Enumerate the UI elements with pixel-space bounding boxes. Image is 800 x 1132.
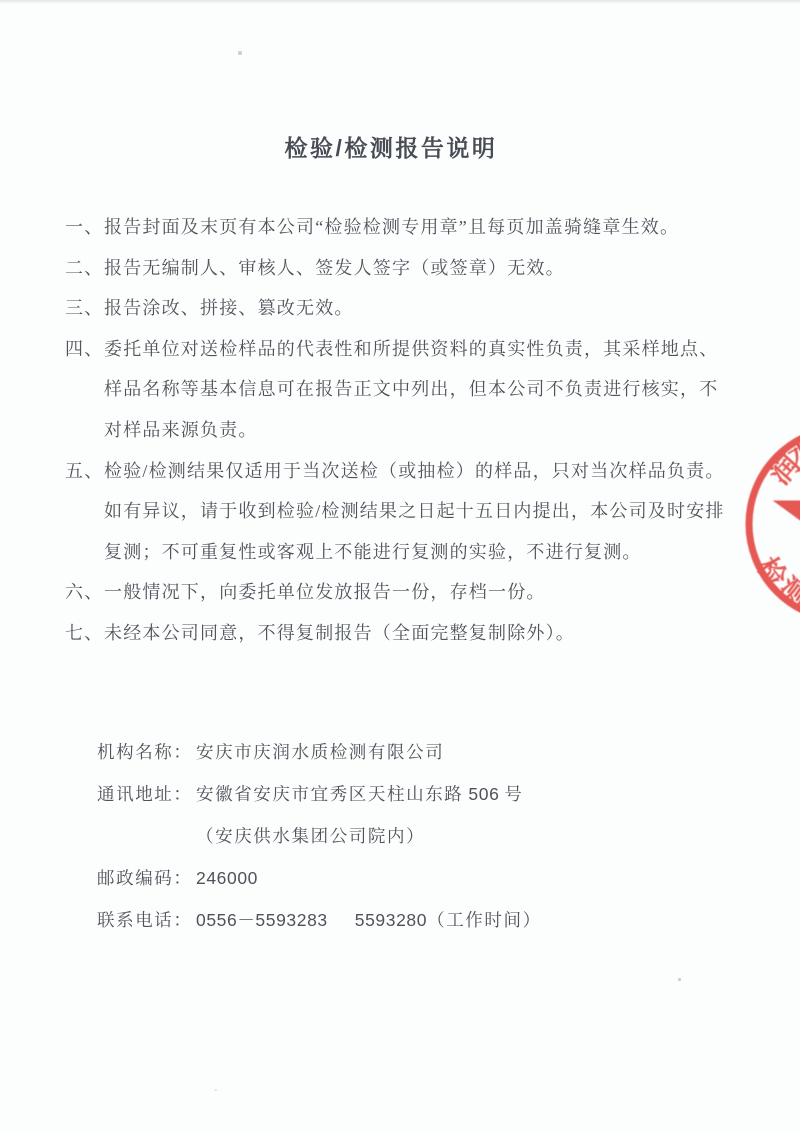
note-text: 报告封面及末页有本公司“检验检测专用章”且每页加盖骑缝章生效。 — [104, 217, 679, 237]
contact-block: 机构名称：安庆市庆润水质检测有限公司 通讯地址：安徽省安庆市宜秀区天柱山东路50… — [97, 731, 717, 941]
note-text: 样品名称等基本信息可在报告正文中列出，但本公司不负责进行核实，不 — [104, 379, 718, 399]
note-item-4-cont: 样品名称等基本信息可在报告正文中列出，但本公司不负责进行核实，不 — [65, 369, 765, 410]
scanned-document-page: 检验/检测报告说明 一、报告封面及末页有本公司“检验检测专用章”且每页加盖骑缝章… — [0, 0, 800, 1132]
note-item-7: 七、未经本公司同意，不得复制报告（全面完整复制除外）。 — [65, 613, 765, 654]
address-suffix: 号 — [504, 784, 523, 804]
note-text: 如有异议，请于收到检验/检测结果之日起十五日内提出，本公司及时安排 — [104, 501, 725, 521]
note-item-3: 三、报告涂改、拼接、篡改无效。 — [65, 288, 765, 329]
note-item-2: 二、报告无编制人、审核人、签发人签字（或签章）无效。 — [65, 248, 765, 289]
notes-list: 一、报告封面及末页有本公司“检验检测专用章”且每页加盖骑缝章生效。 二、报告无编… — [65, 207, 765, 654]
note-number: 七、 — [65, 613, 104, 654]
note-item-1: 一、报告封面及末页有本公司“检验检测专用章”且每页加盖骑缝章生效。 — [65, 207, 765, 248]
note-text: 报告涂改、拼接、篡改无效。 — [104, 298, 354, 318]
company-seal-stamp: 润 水 检 测 — [735, 414, 800, 634]
phone-number-1: 0556－5593283 — [196, 910, 328, 930]
note-item-6: 六、一般情况下，向委托单位发放报告一份，存档一份。 — [65, 572, 765, 613]
scan-speck — [678, 978, 681, 981]
note-item-5-cont: 复测；不可重复性或客观上不能进行复测的实验，不进行复测。 — [65, 532, 765, 573]
note-text: 未经本公司同意，不得复制报告（全面完整复制除外）。 — [104, 623, 575, 643]
note-item-4-cont: 对样品来源负责。 — [65, 410, 765, 451]
note-item-5-cont: 如有异议，请于收到检验/检测结果之日起十五日内提出，本公司及时安排 — [65, 491, 765, 532]
note-text: 检验/检测结果仅适用于当次送检（或抽检）的样品，只对当次样品负责。 — [104, 461, 725, 481]
zip-label: 邮政编码： — [97, 857, 196, 899]
address-value: 安徽省安庆市宜秀区天柱山东路 — [196, 784, 463, 804]
org-name-row: 机构名称：安庆市庆润水质检测有限公司 — [97, 731, 717, 773]
scan-edge-shadow — [0, 0, 800, 4]
note-number: 一、 — [65, 207, 104, 248]
phone-label: 联系电话： — [97, 899, 196, 941]
zip-row: 邮政编码：246000 — [97, 857, 717, 899]
address-number: 506 — [468, 784, 499, 804]
note-text: 委托单位对送检样品的代表性和所提供资料的真实性负责，其采样地点、 — [104, 339, 718, 359]
note-text: 复测；不可重复性或客观上不能进行复测的实验，不进行复测。 — [104, 542, 642, 562]
org-name-label: 机构名称： — [97, 731, 196, 773]
page-title: 检验/检测报告说明 — [0, 132, 782, 164]
note-number: 二、 — [65, 248, 104, 289]
note-number: 四、 — [65, 329, 104, 370]
address-row: 通讯地址：安徽省安庆市宜秀区天柱山东路506号 — [97, 773, 717, 815]
note-number: 六、 — [65, 572, 104, 613]
scan-speck — [238, 51, 242, 55]
note-text: 报告无编制人、审核人、签发人签字（或签章）无效。 — [104, 258, 565, 278]
zip-value: 246000 — [196, 868, 258, 888]
address-row-2: （安庆供水集团公司院内） — [97, 815, 717, 857]
note-item-4: 四、委托单位对送检样品的代表性和所提供资料的真实性负责，其采样地点、 — [65, 329, 765, 370]
scan-speck — [214, 1089, 217, 1091]
note-number: 三、 — [65, 288, 104, 329]
address-value-line2: （安庆供水集团公司院内） — [196, 826, 425, 846]
note-number: 五、 — [65, 451, 104, 492]
phone-suffix: （工作时间） — [427, 910, 542, 930]
note-text: 一般情况下，向委托单位发放报告一份，存档一份。 — [104, 582, 546, 602]
org-name-value: 安庆市庆润水质检测有限公司 — [196, 742, 444, 762]
phone-row: 联系电话：0556－55932835593280（工作时间） — [97, 899, 717, 941]
phone-number-2: 5593280 — [355, 910, 427, 930]
address-label: 通讯地址： — [97, 773, 196, 815]
note-text: 对样品来源负责。 — [104, 420, 258, 440]
note-item-5: 五、检验/检测结果仅适用于当次送检（或抽检）的样品，只对当次样品负责。 — [65, 451, 765, 492]
